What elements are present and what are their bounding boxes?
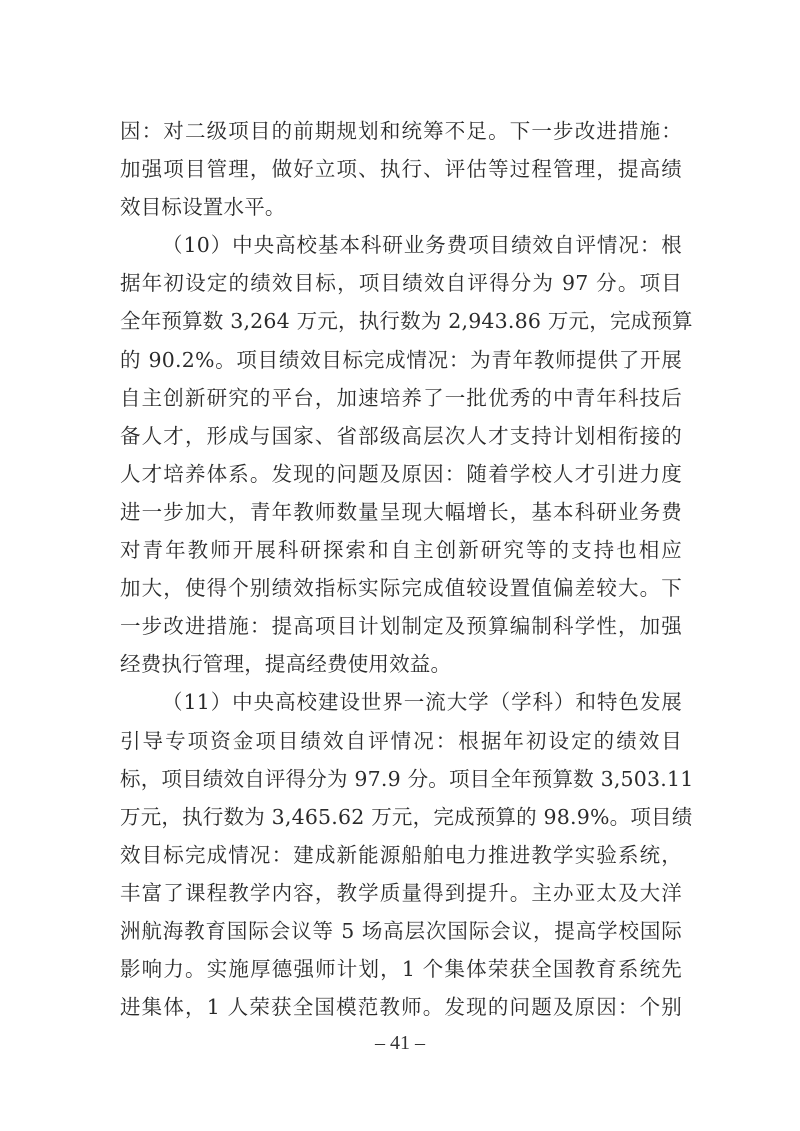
page-number: – 41 – [0, 1032, 800, 1055]
text-line: 全年预算数 3,264 万元，执行数为 2,943.86 万元，完成预算 [120, 302, 682, 340]
text-line: 洲航海教育国际会议等 5 场高层次国际会议，提高学校国际 [120, 912, 682, 950]
text-line: 进集体，1 人荣获全国模范教师。发现的问题及原因：个别 [120, 988, 682, 1026]
text-line: 一步改进措施：提高项目计划制定及预算编制科学性，加强 [120, 607, 682, 645]
text-line: 影响力。实施厚德强师计划，1 个集体荣获全国教育系统先 [120, 950, 682, 988]
text-line: 自主创新研究的平台，加速培养了一批优秀的中青年科技后 [120, 379, 682, 417]
text-line: 加强项目管理，做好立项、执行、评估等过程管理，提高绩 [120, 150, 682, 188]
text-line: 效目标完成情况：建成新能源船舶电力推进教学实验系统， [120, 836, 682, 874]
paragraph-item-10: （10）中央高校基本科研业务费项目绩效自评情况：根 据年初设定的绩效目标，项目绩… [120, 226, 682, 683]
text-line: 丰富了课程教学内容，教学质量得到提升。主办亚太及大洋 [120, 874, 682, 912]
text-line: 备人才，形成与国家、省部级高层次人才支持计划相衔接的 [120, 417, 682, 455]
text-line: 加大，使得个别绩效指标实际完成值较设置值偏差较大。下 [120, 569, 682, 607]
text-line: 标，项目绩效自评得分为 97.9 分。项目全年预算数 3,503.11 [120, 760, 682, 798]
paragraph-heading-line: （10）中央高校基本科研业务费项目绩效自评情况：根 [120, 226, 682, 264]
text-line: 的 90.2%。项目绩效目标完成情况：为青年教师提供了开展 [120, 341, 682, 379]
body-text: 因：对二级项目的前期规划和统筹不足。下一步改进措施： 加强项目管理，做好立项、执… [120, 112, 682, 1026]
paragraph-item-9-continuation: 因：对二级项目的前期规划和统筹不足。下一步改进措施： 加强项目管理，做好立项、执… [120, 112, 682, 226]
text-line: 效目标设置水平。 [120, 188, 682, 226]
document-page: 因：对二级项目的前期规划和统筹不足。下一步改进措施： 加强项目管理，做好立项、执… [0, 0, 800, 1131]
text-line: 引导专项资金项目绩效自评情况：根据年初设定的绩效目 [120, 722, 682, 760]
text-line: 进一步加大，青年教师数量呈现大幅增长，基本科研业务费 [120, 493, 682, 531]
text-line: 人才培养体系。发现的问题及原因：随着学校人才引进力度 [120, 455, 682, 493]
text-line: 经费执行管理，提高经费使用效益。 [120, 645, 682, 683]
text-line: 万元，执行数为 3,465.62 万元，完成预算的 98.9%。项目绩 [120, 798, 682, 836]
text-line: 据年初设定的绩效目标，项目绩效自评得分为 97 分。项目 [120, 264, 682, 302]
text-line: 因：对二级项目的前期规划和统筹不足。下一步改进措施： [120, 112, 682, 150]
paragraph-heading-line: （11）中央高校建设世界一流大学（学科）和特色发展 [120, 683, 682, 721]
paragraph-item-11: （11）中央高校建设世界一流大学（学科）和特色发展 引导专项资金项目绩效自评情况… [120, 683, 682, 1026]
text-line: 对青年教师开展科研探索和自主创新研究等的支持也相应 [120, 531, 682, 569]
